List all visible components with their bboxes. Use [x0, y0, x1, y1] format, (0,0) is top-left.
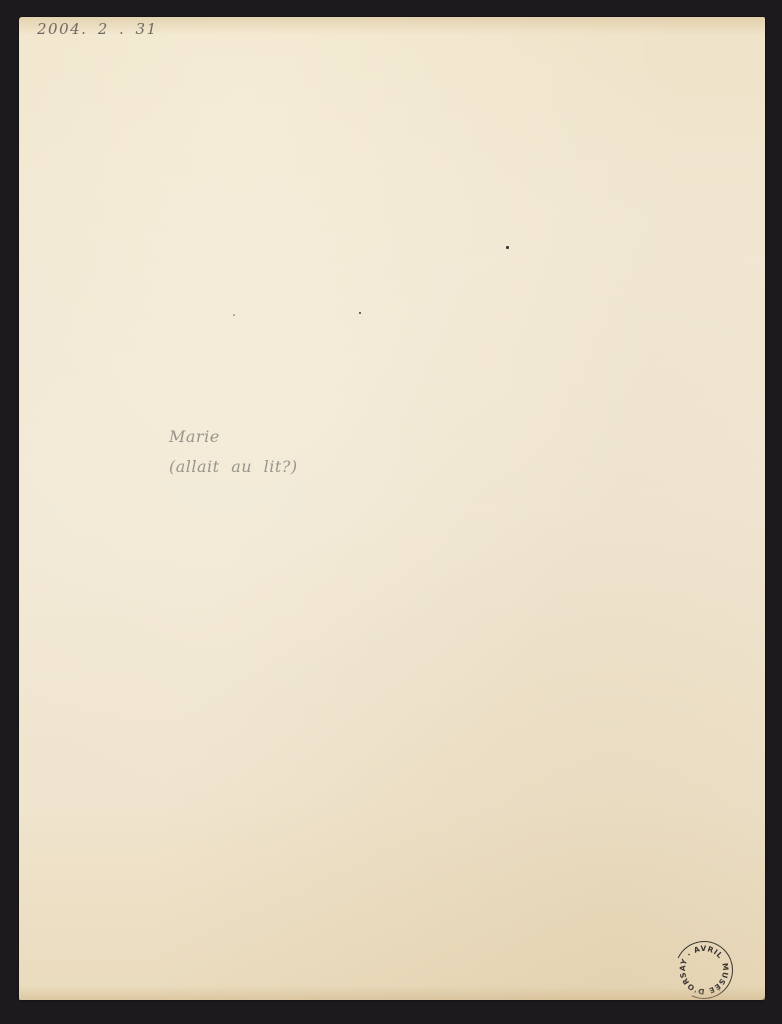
svg-text:MUSÉE D'ORSAY · AVRIL ·: MUSÉE D'ORSAY · AVRIL ·: [671, 935, 740, 1006]
paper-speck: [359, 312, 361, 314]
handwritten-note-line-2: (allait au lit?): [169, 457, 298, 476]
paper-sheet: 2004. 2 . 31 Marie (allait au lit?) MUSÉ…: [19, 17, 765, 1000]
handwritten-note-line-1: Marie: [169, 427, 220, 446]
stamp-text-ring: MUSÉE D'ORSAY · AVRIL ·: [668, 934, 740, 1006]
paper-speck: [506, 246, 509, 249]
accession-number: 2004. 2 . 31: [37, 20, 158, 38]
paper-speck: [233, 314, 235, 316]
museum-stamp-icon: MUSÉE D'ORSAY · AVRIL ·: [667, 933, 741, 1007]
scan-background: 2004. 2 . 31 Marie (allait au lit?) MUSÉ…: [0, 0, 782, 1024]
